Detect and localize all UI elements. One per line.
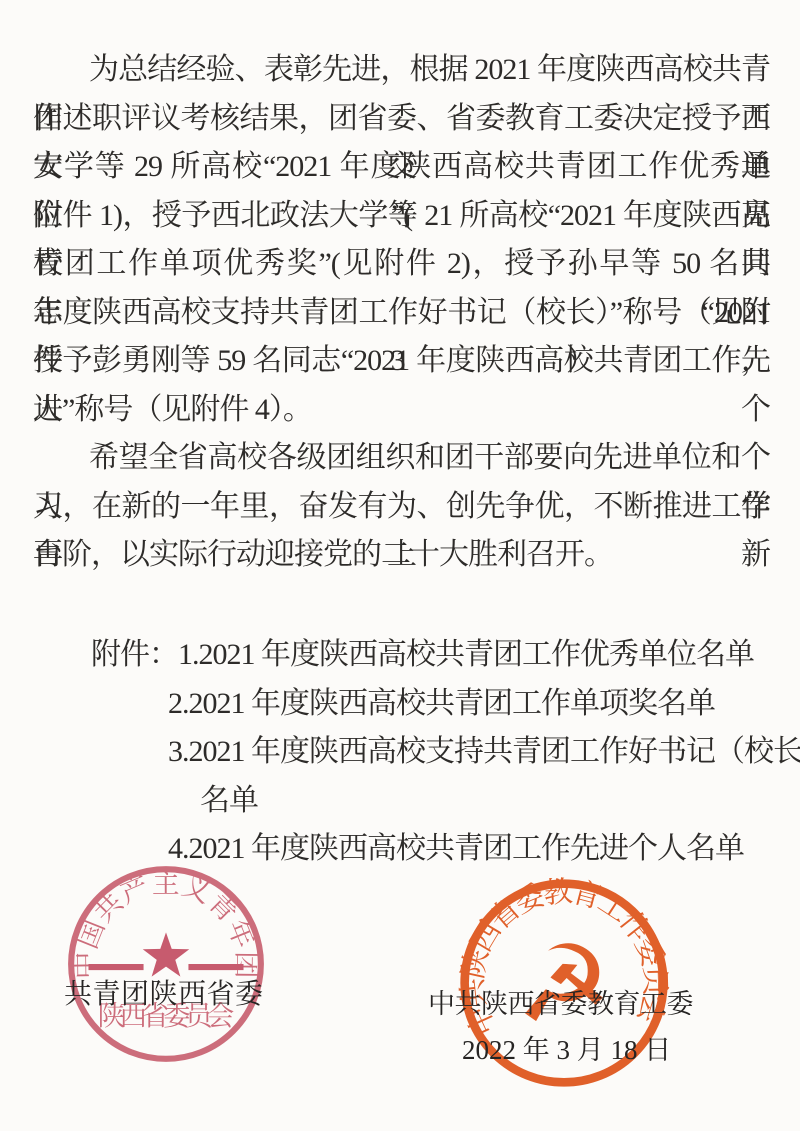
body-line: 授予彭勇刚等 59 名同志“2021 年度陕西高校共青团工作先进个 [33,337,770,386]
attachments-section: 附件：1.2021 年度陕西高校共青团工作优秀单位名单 2.2021 年度陕西高… [33,630,770,873]
attachment-item-1: 1.2021 年度陕西高校共青团工作优秀单位名单 [178,638,754,671]
attachment-item-3-continuation: 名单 [33,776,770,825]
attachment-item-3: 3.2021 年度陕西高校支持共青团工作好书记（校长） [33,727,770,776]
body-line: 作述职评议考核结果，团省委、省委教育工委决定授予西安交通 [33,95,770,144]
star-icon [143,932,190,976]
body-line: 为总结经验、表彰先进，根据 2021 年度陕西高校共青团工 [33,46,770,95]
body-line: 希望全省高校各级团组织和团干部要向先进单位和个人学 [33,434,770,483]
document-page: 为总结经验、表彰先进，根据 2021 年度陕西高校共青团工 作述职评议考核结果，… [0,0,800,1131]
signature-right-org: 中共陕西省委教育工委 [428,982,693,1021]
body-line: 习，在新的一年里，奋发有为、创先争优，不断推进工作再上新 [33,483,770,532]
attachment-item-2: 2.2021 年度陕西高校共青团工作单项奖名单 [33,679,770,728]
attachment-line: 附件：1.2021 年度陕西高校共青团工作优秀单位名单 [33,630,770,679]
signature-date: 2022 年 3 月 18 日 [462,1028,671,1067]
body-line: 大学等 29 所高校“2021 年度陕西高校共青团工作优秀单位”(见 [33,143,770,192]
seal-right-bar [188,964,243,970]
body-line: 附件 1)，授予西北政法大学等 21 所高校“2021 年度陕西高校共 [33,192,770,241]
body-line: 青团工作单项优秀奖”(见附件 2)，授予孙早等 50 名同志“2021 [33,240,770,289]
paragraph-1: 为总结经验、表彰先进，根据 2021 年度陕西高校共青团工 作述职评议考核结果，… [33,46,770,434]
document-body: 为总结经验、表彰先进，根据 2021 年度陕西高校共青团工 作述职评议考核结果，… [33,46,770,580]
body-line: 年度陕西高校支持共青团工作好书记（校长）”称号（见附件 3）， [33,289,770,338]
seal-left-bar [88,964,143,970]
youth-league-seal: 中国共产主义青年团 陕西省委员会 [64,862,268,1066]
paragraph-2: 希望全省高校各级团组织和团干部要向先进单位和个人学 习，在新的一年里，奋发有为、… [33,434,770,580]
attachments-label: 附件： [91,638,178,671]
signature-left-org: 共青团陕西省委 [64,972,264,1012]
